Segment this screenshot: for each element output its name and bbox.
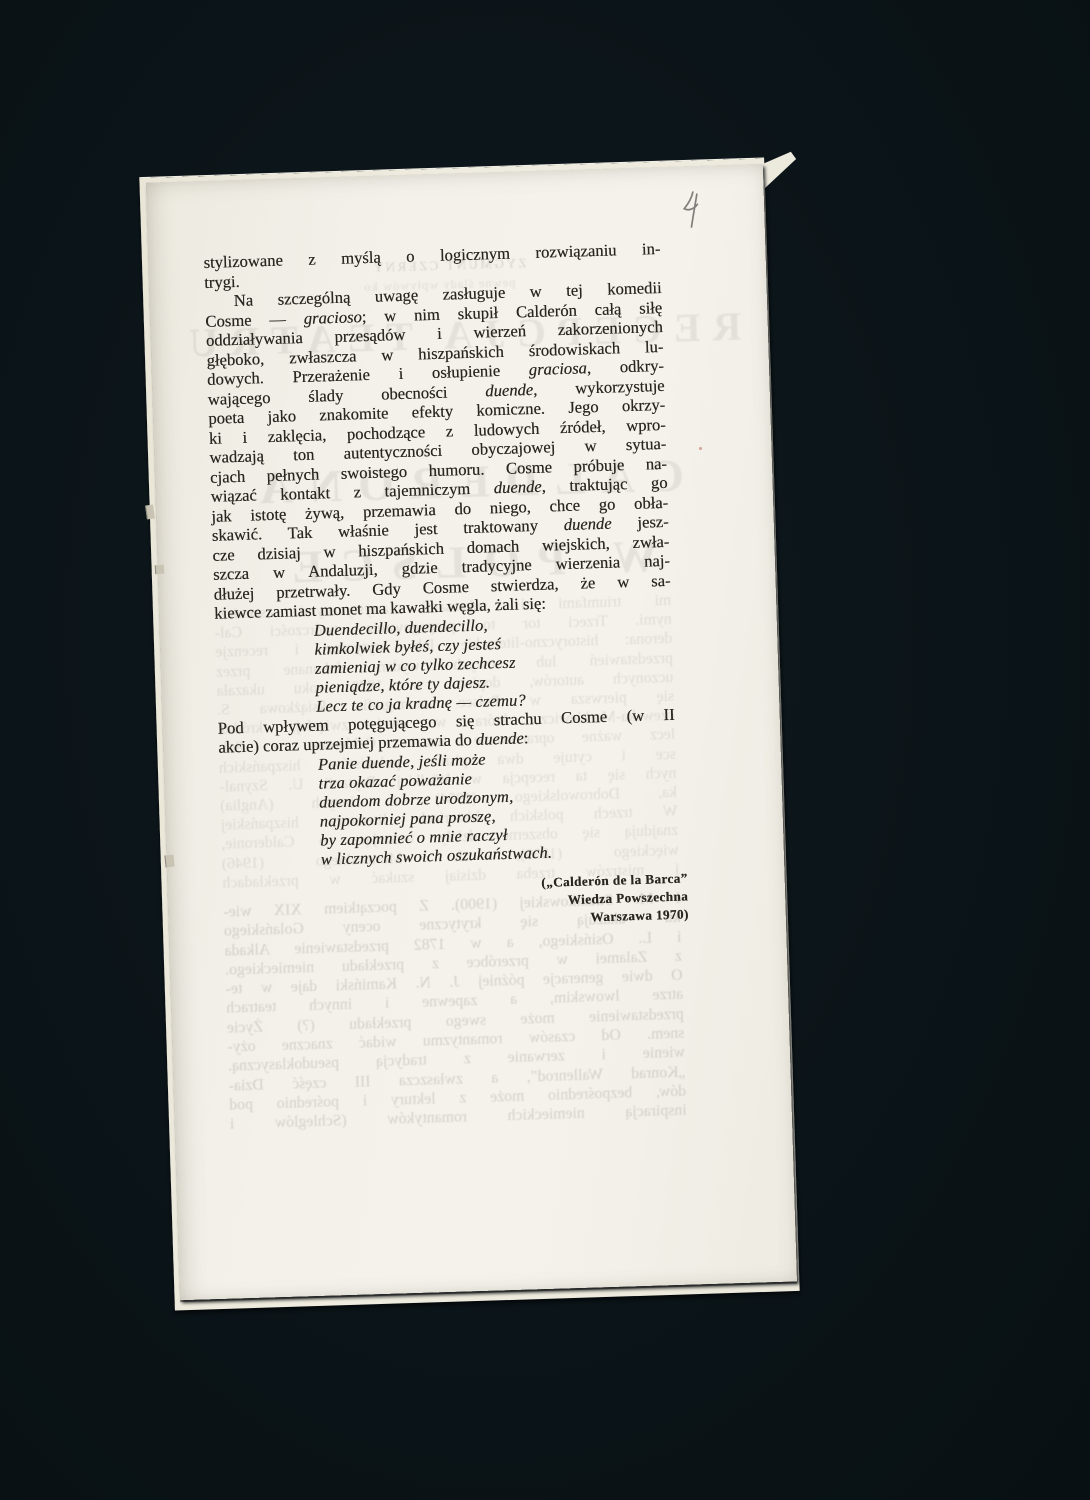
scanner-background: ZYGMUNT CZERNY pewne ślady wpływów ko RE… — [0, 0, 1090, 1500]
paper-speck — [699, 447, 702, 450]
handwritten-number-4 — [678, 190, 704, 231]
text-column: stylizowane z myślą o logicznym rozwiąza… — [203, 239, 681, 938]
book-page: ZYGMUNT CZERNY pewne ślady wpływów ko RE… — [146, 164, 797, 1300]
page-edge-nick — [155, 565, 165, 575]
source-citation: („Calderón de la Barca”Wiedza Powszechna… — [474, 869, 689, 931]
paragraph-cosme-gracioso: Na szczególną uwagę zasługuje w tej kome… — [204, 278, 671, 623]
page-edge-nick — [164, 855, 174, 868]
verse-panie-duende: Panie duende, jeśli możetrza okazać powa… — [318, 744, 679, 869]
verse-duendecillo: Duendecillo, duendecillo,kimkolwiek byłe… — [314, 609, 675, 715]
